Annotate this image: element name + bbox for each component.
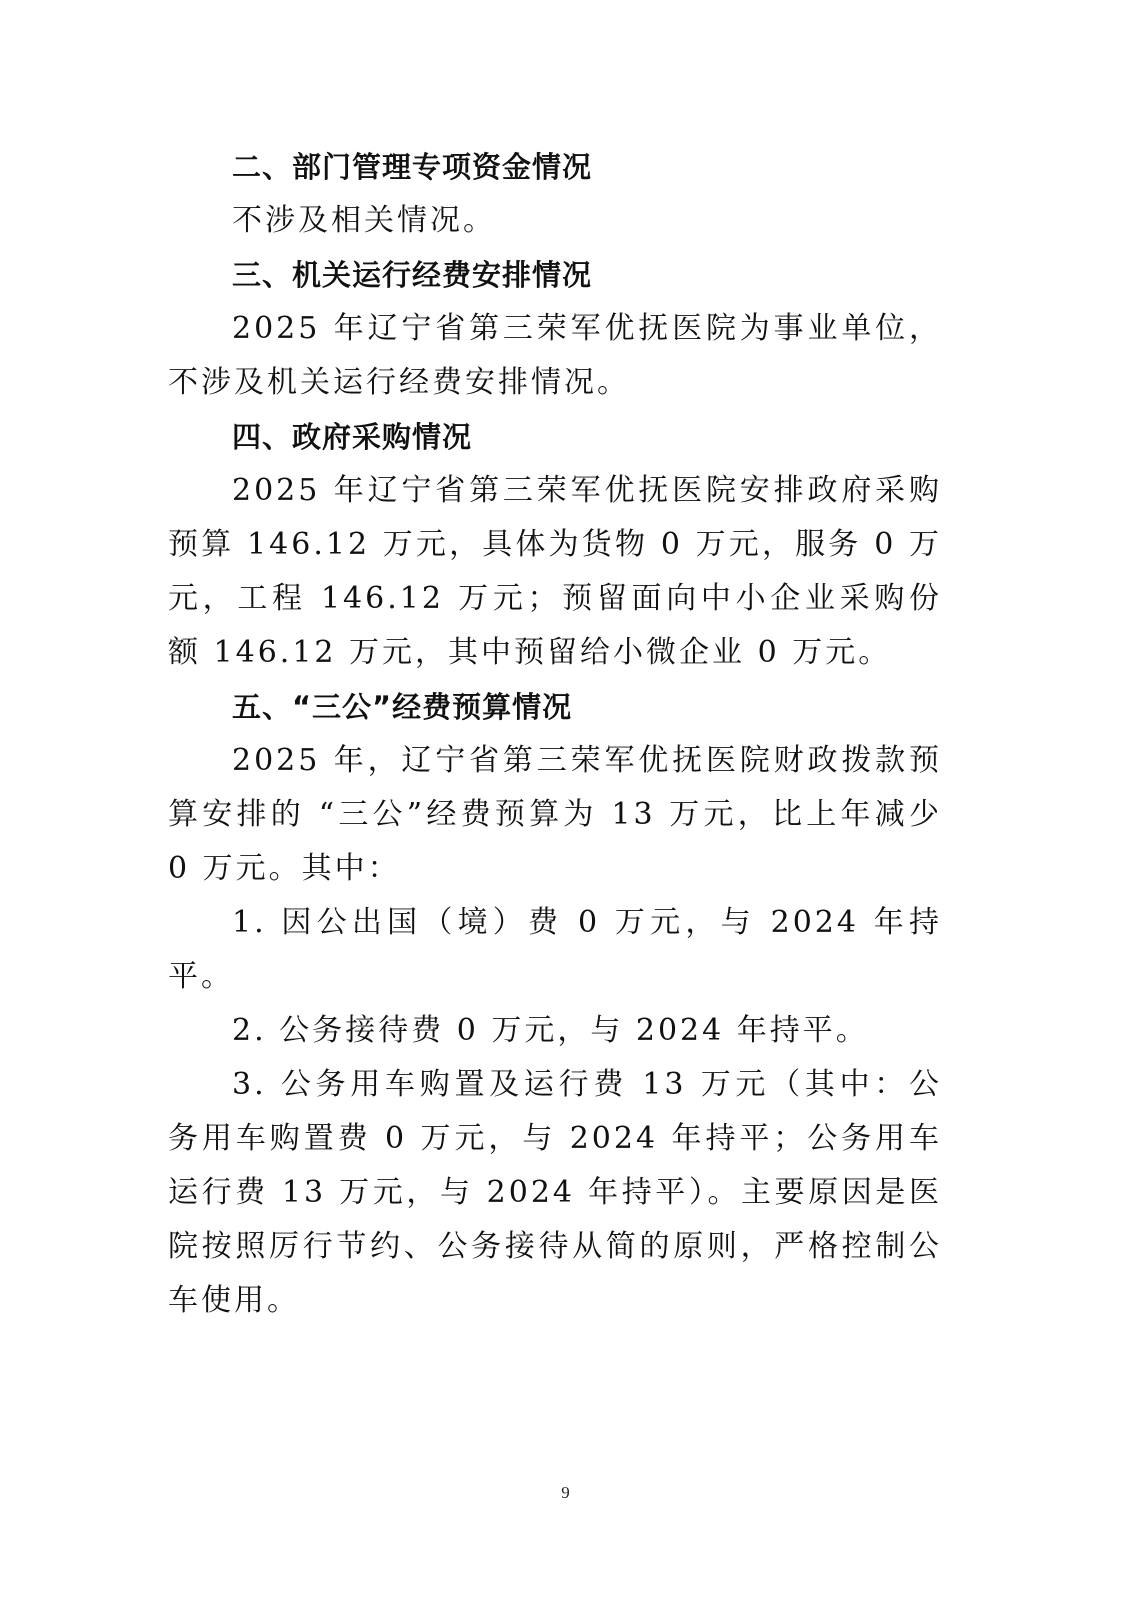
section-heading: 三、机关运行经费安排情况 <box>168 248 942 302</box>
section-government-procurement: 四、政府采购情况 2025 年辽宁省第三荣军优抚医院安排政府采购预算 146.1… <box>168 410 942 680</box>
paragraph: 2025 年辽宁省第三荣军优抚医院安排政府采购预算 146.12 万元，具体为货… <box>168 464 942 680</box>
section-special-funds: 二、部门管理专项资金情况 不涉及相关情况。 <box>168 140 942 248</box>
paragraph: 不涉及相关情况。 <box>168 194 942 248</box>
list-item-official-reception: 2. 公务接待费 0 万元，与 2024 年持平。 <box>168 1004 942 1058</box>
paragraph: 2025 年，辽宁省第三荣军优抚医院财政拨款预算安排的 “三公”经费预算为 13… <box>168 734 942 896</box>
section-three-public-expenses: 五、“三公”经费预算情况 2025 年，辽宁省第三荣军优抚医院财政拨款预算安排的… <box>168 680 942 1328</box>
section-heading: 四、政府采购情况 <box>168 410 942 464</box>
section-heading: 二、部门管理专项资金情况 <box>168 140 942 194</box>
list-item-official-vehicles: 3. 公务用车购置及运行费 13 万元（其中：公务用车购置费 0 万元，与 20… <box>168 1058 942 1328</box>
document-page: 二、部门管理专项资金情况 不涉及相关情况。 三、机关运行经费安排情况 2025 … <box>168 140 942 1328</box>
section-heading: 五、“三公”经费预算情况 <box>168 680 942 734</box>
page-number: 9 <box>0 1483 1131 1503</box>
paragraph: 2025 年辽宁省第三荣军优抚医院为事业单位，不涉及机关运行经费安排情况。 <box>168 302 942 410</box>
section-operating-expenses: 三、机关运行经费安排情况 2025 年辽宁省第三荣军优抚医院为事业单位，不涉及机… <box>168 248 942 410</box>
list-item-overseas-travel: 1. 因公出国（境）费 0 万元，与 2024 年持平。 <box>168 896 942 1004</box>
